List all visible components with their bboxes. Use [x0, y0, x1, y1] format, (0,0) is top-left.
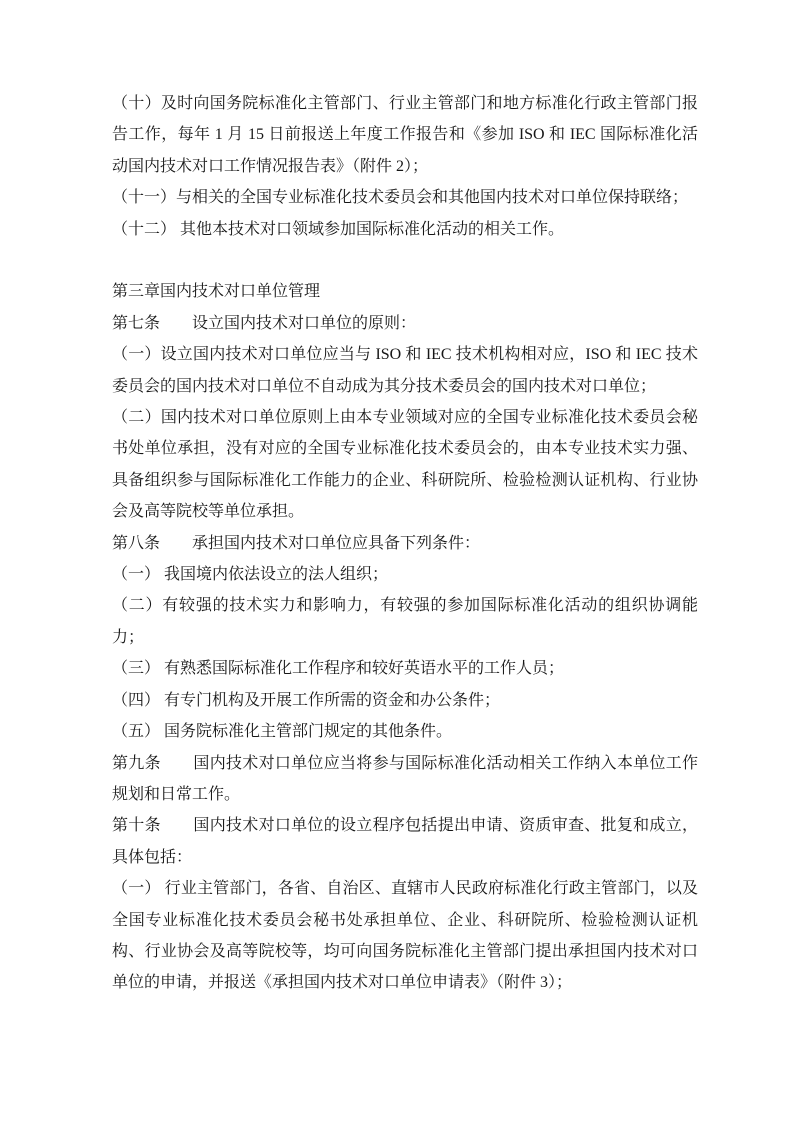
article-8-item-5: （五） 国务院标准化主管部门规定的其他条件。: [112, 716, 698, 747]
chapter-3-heading: 第三章国内技术对口单位管理: [112, 276, 698, 307]
document-body-text: （十）及时向国务院标准化主管部门、行业主管部门和地方标准化行政主管部门报告工作，…: [112, 88, 698, 999]
article-10-paragraph: 第十条 国内技术对口单位的设立程序包括提出申请、资质审查、批复和成立，具体包括：: [112, 810, 698, 873]
article-9-paragraph: 第九条 国内技术对口单位应当将参与国际标准化活动相关工作纳入本单位工作规划和日常…: [112, 748, 698, 811]
article-10-item-1: （一） 行业主管部门，各省、自治区、直辖市人民政府标准化行政主管部门，以及全国专…: [112, 873, 698, 999]
blank-line: [112, 245, 698, 276]
article-7-item-1: （一）设立国内技术对口单位应当与 ISO 和 IEC 技术机构相对应，ISO 和…: [112, 339, 698, 402]
article-8-item-4: （四） 有专门机构及开展工作所需的资金和办公条件；: [112, 685, 698, 716]
item-11-paragraph: （十一）与相关的全国专业标准化技术委员会和其他国内技术对口单位保持联络；: [112, 182, 698, 213]
article-7-item-2: （二）国内技术对口单位原则上由本专业领域对应的全国专业标准化技术委员会秘书处单位…: [112, 402, 698, 528]
item-10-paragraph: （十）及时向国务院标准化主管部门、行业主管部门和地方标准化行政主管部门报告工作，…: [112, 88, 698, 182]
article-8-item-2: （二）有较强的技术实力和影响力，有较强的参加国际标准化活动的组织协调能力；: [112, 590, 698, 653]
article-7-heading: 第七条 设立国内技术对口单位的原则：: [112, 308, 698, 339]
document-page: （十）及时向国务院标准化主管部门、行业主管部门和地方标准化行政主管部门报告工作，…: [0, 0, 794, 1123]
item-12-paragraph: （十二） 其他本技术对口领域参加国际标准化活动的相关工作。: [112, 214, 698, 245]
article-8-heading: 第八条 承担国内技术对口单位应具备下列条件：: [112, 528, 698, 559]
article-8-item-1: （一） 我国境内依法设立的法人组织；: [112, 559, 698, 590]
article-8-item-3: （三） 有熟悉国际标准化工作程序和较好英语水平的工作人员；: [112, 653, 698, 684]
